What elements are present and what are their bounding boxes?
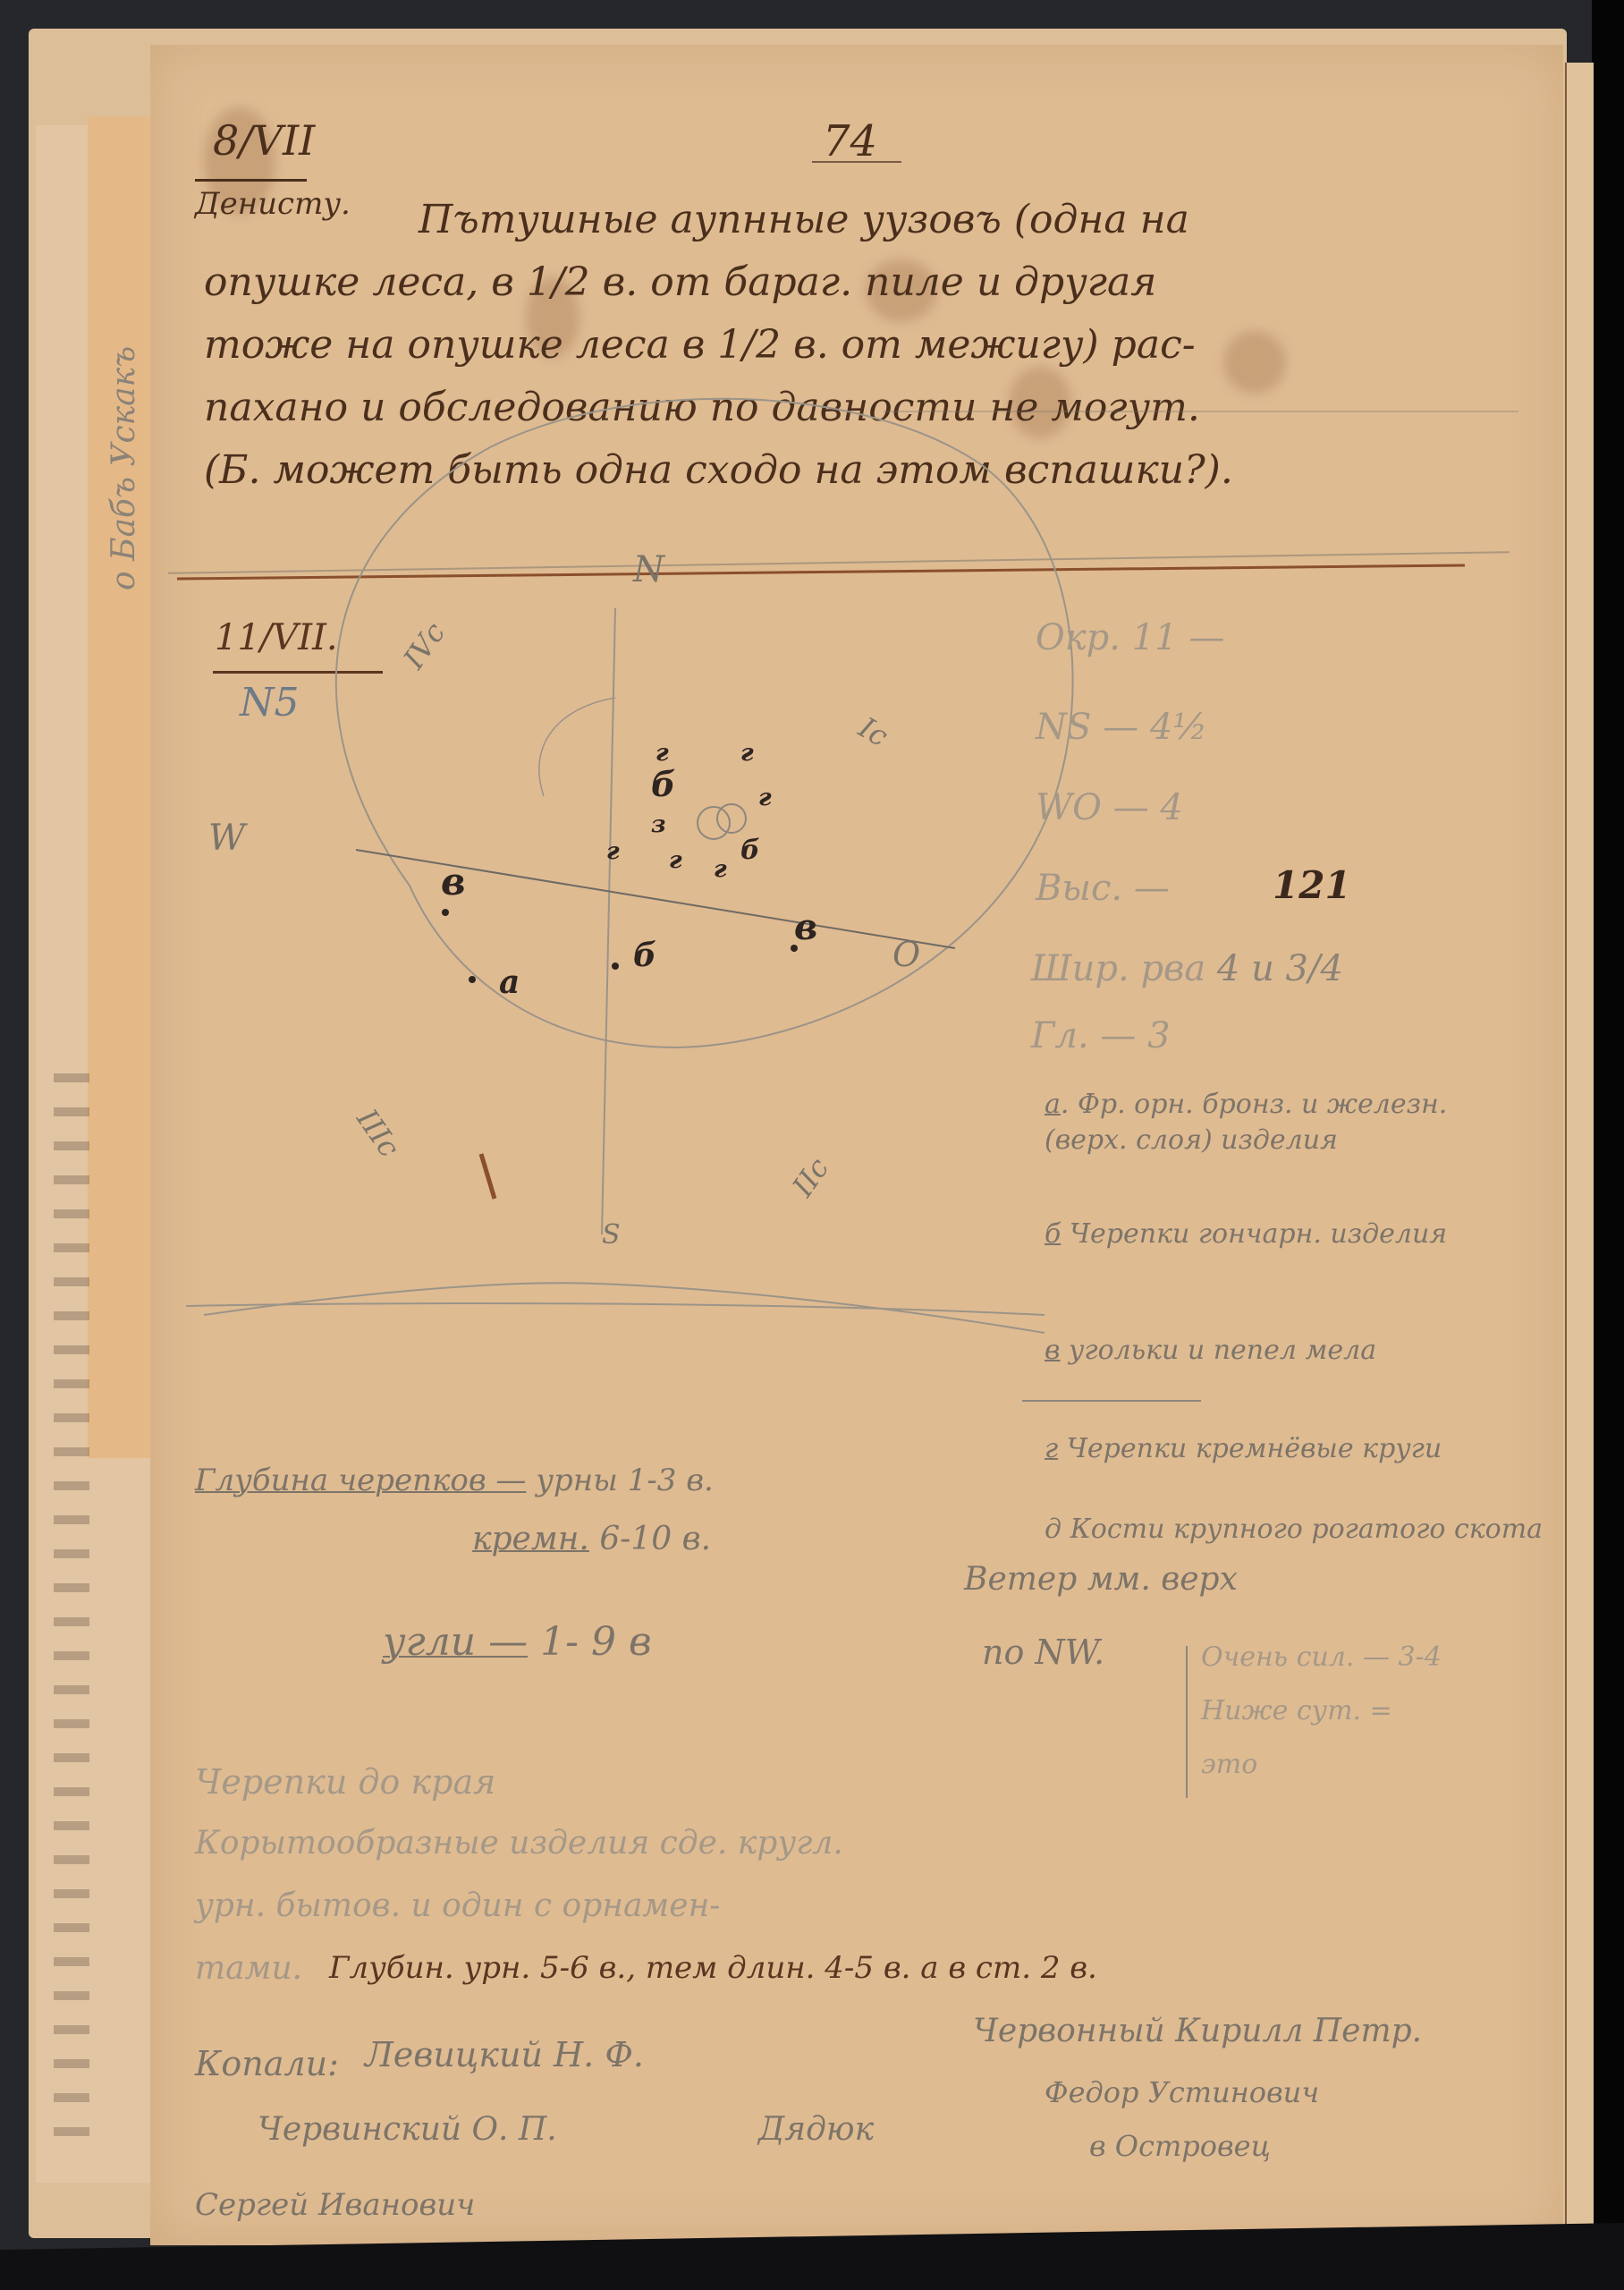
measurement-row: Гл. — 3	[1031, 1015, 1171, 1056]
legend-text: Черепки кремнёвые круги	[1067, 1433, 1442, 1464]
legend-key: д	[1045, 1514, 1062, 1545]
svg-text:б: б	[633, 937, 656, 974]
svg-text:в: в	[794, 906, 817, 948]
compass-east: O	[892, 935, 920, 974]
depth-label: кремн.	[472, 1521, 589, 1557]
measurement-value: — 4½	[1103, 707, 1207, 748]
measurement-label: WO	[1036, 787, 1102, 828]
measurement-label: Выс.	[1036, 868, 1122, 909]
team-member: Федор Устинович	[1045, 2075, 1319, 2109]
legend-text: Черепки гончарн. изделия	[1070, 1218, 1447, 1250]
svg-text:в: в	[441, 860, 466, 903]
measurement-row: WO — 4	[1036, 787, 1183, 828]
depth-note: угли — 1- 9 в	[383, 1619, 652, 1665]
depth-value: урны 1-3 в.	[536, 1463, 714, 1498]
measurement-value: — 4	[1113, 787, 1183, 828]
svg-text:г: г	[740, 740, 754, 767]
legend-item: г Черепки кремнёвые круги	[1045, 1431, 1510, 1467]
ink-number: 121	[1273, 863, 1351, 907]
measurement-value: 11 —	[1132, 617, 1225, 658]
wind-note-side: это	[1201, 1749, 1257, 1780]
footer-note: урн. бытов. и один с орнамен-	[195, 1887, 720, 1924]
notebook-page: 74 8/VII Денисту. Пътушные аупнные уузов…	[150, 45, 1563, 2245]
measurement-value: —	[1134, 868, 1170, 909]
wind-note-side: Ниже сут. =	[1201, 1695, 1392, 1726]
legend-item: б Черепки гончарн. изделия	[1045, 1217, 1510, 1252]
team-member: Червинский О. П.	[258, 2111, 557, 2148]
margin-scribbles	[54, 1073, 89, 2147]
measurement-label: Окр.	[1036, 617, 1121, 658]
wind-note-line: Ветер мм. верх	[964, 1561, 1238, 1598]
legend-key: б	[1045, 1218, 1061, 1250]
svg-text:г: г	[714, 856, 727, 883]
right-margin-strip	[1565, 63, 1594, 2227]
wind-note-side: Очень сил. — 3-4	[1201, 1641, 1442, 1673]
sector-II: IIс	[785, 1151, 836, 1203]
compass-west: W	[208, 818, 248, 859]
sector-IV: IVс	[396, 616, 453, 676]
footer-note: Корытообразные изделия сде. кругл.	[195, 1825, 843, 1862]
team-member: в Островец	[1089, 2129, 1271, 2163]
depth-label: Глубина черепков —	[195, 1463, 526, 1498]
legend-divider	[1022, 1400, 1201, 1402]
depth-note: кремн. 6-10 в.	[472, 1521, 711, 1557]
kurgan-plan-diagram: N W O S IVс Iс IIс IIIс в а б в б г г г …	[150, 45, 1563, 1476]
svg-text:г: г	[758, 785, 772, 811]
compass-south: S	[602, 1219, 621, 1251]
team-label: Копали:	[195, 2044, 339, 2083]
measurement-value: 4 и 3/4	[1217, 948, 1343, 989]
legend-text: Кости крупного рогатого скота	[1070, 1514, 1544, 1545]
svg-text:г: г	[669, 847, 682, 874]
footer-note: тами.	[195, 1950, 302, 1987]
scanner-edge-right	[1592, 0, 1624, 2290]
svg-text:г: г	[606, 838, 620, 865]
svg-text:з: з	[651, 811, 666, 838]
legend-text: угольки и пепел мела	[1069, 1335, 1376, 1366]
svg-text:б: б	[740, 835, 760, 866]
footer-ink-note: Глубин. урн. 5-6 в., тем длин. 4-5 в. а …	[329, 1950, 1097, 1986]
team-member: Сергей Иванович	[195, 2187, 475, 2223]
legend-text: Фр. орн. бронз. и железн. (верх. слоя) и…	[1045, 1089, 1447, 1156]
measurement-value: — 3	[1100, 1015, 1170, 1056]
legend-key: в	[1045, 1335, 1060, 1366]
svg-text:б: б	[651, 764, 675, 804]
wind-note-bracket	[1186, 1646, 1188, 1798]
measurement-row: Выс. —	[1036, 868, 1170, 909]
depth-value: 6-10 в.	[599, 1521, 711, 1557]
depth-value: 1- 9 в	[540, 1619, 651, 1665]
sector-I: Iс	[852, 710, 893, 754]
team-member: Левицкий Н. Ф.	[365, 2035, 644, 2074]
measurement-label: Шир. рва	[1031, 948, 1205, 989]
side-label: о Бабъ Ускакъ	[106, 346, 142, 590]
paper-tab	[88, 116, 150, 1458]
measurement-row: Шир. рва 4 и 3/4	[1031, 948, 1343, 989]
legend-key: г	[1045, 1433, 1058, 1464]
measurement-row: NS — 4½	[1036, 707, 1207, 748]
legend-item: д Кости крупного рогатого скота	[1045, 1512, 1545, 1548]
svg-text:а: а	[499, 963, 520, 1001]
depth-note: Глубина черепков — урны 1-3 в.	[195, 1463, 714, 1498]
legend-key: а	[1045, 1089, 1061, 1120]
measurement-label: Гл.	[1031, 1015, 1089, 1056]
sector-III: IIIс	[350, 1102, 407, 1163]
footer-note: Черепки до края	[195, 1762, 495, 1802]
legend-item: в угольки и пепел мела	[1045, 1333, 1510, 1369]
wind-note-direction: по NW.	[982, 1633, 1104, 1672]
svg-text:г: г	[656, 740, 669, 767]
team-member: Дядюк	[758, 2111, 874, 2148]
measurement-row: Окр. 11 —	[1036, 617, 1224, 658]
legend-item: а. Фр. орн. бронз. и железн. (верх. слоя…	[1045, 1087, 1510, 1158]
depth-label: угли —	[383, 1619, 528, 1665]
compass-north: N	[632, 549, 666, 590]
team-member: Червонный Кирилл Петр.	[973, 2013, 1422, 2049]
measurement-label: NS	[1036, 707, 1091, 748]
